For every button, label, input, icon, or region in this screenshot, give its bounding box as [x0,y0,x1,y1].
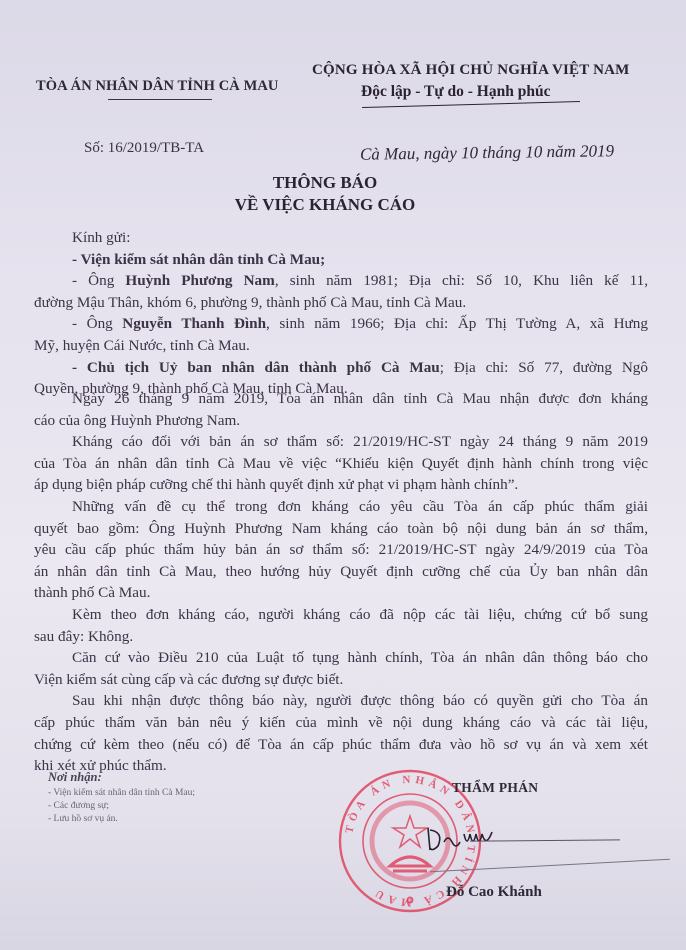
distribution-list: - Viện kiểm sát nhân dân tỉnh Cà Mau; - … [48,787,195,826]
issuing-organization: TÒA ÁN NHÂN DÂN TỈNH CÀ MAU [36,78,279,95]
paragraph-first-line: Kháng cáo đối với bản án sơ thẩm số: 21/… [34,431,648,453]
recipient-chairman: - Chủ tịch Uỷ ban nhân dân thành phố Cà … [34,357,648,379]
recipient-appellant-address: đường Mậu Thân, khóm 6, phường 9, thành … [34,292,648,314]
paragraph-line: quyết bao gồm: Ông Huỳnh Phương Nam khán… [34,518,648,540]
distribution-item: - Lưu hồ sơ vụ án. [48,813,195,826]
paragraph-line: thành phố Cà Mau. [34,582,648,604]
signature-line [470,839,620,841]
country-name: CỘNG HÒA XÃ HỘI CHỦ NGHĨA VIỆT NAM [312,62,630,79]
distribution-item: - Viện kiểm sát nhân dân tỉnh Cà Mau; [48,787,195,800]
document-title: THÔNG BÁO [0,173,650,193]
paragraph-line: Viện kiểm sát cùng cấp và các đương sự đ… [34,669,648,691]
recipient-related-party-address: Mỹ, huyện Cái Nước, tỉnh Cà Mau. [34,335,648,357]
signer-title: THẨM PHÁN [452,780,538,796]
place-date: Cà Mau, ngày 10 tháng 10 năm 2019 [360,141,614,165]
recipient-related-party: - Ông Nguyễn Thanh Đình, sinh năm 1966; … [34,313,648,335]
paragraph-line: cấp phúc thẩm văn bản nêu ý kiến của mìn… [34,712,648,734]
paragraph-line: cáo của ông Huỳnh Phương Nam. [34,410,648,432]
related-party-name: Nguyễn Thanh Đình [122,315,266,332]
paragraph-line: áp dụng biện pháp cưỡng chế thi hành quy… [34,474,648,496]
recipient-procuracy: - Viện kiểm sát nhân dân tỉnh Cà Mau; [34,249,648,271]
recipient-appellant: - Ông Huỳnh Phương Nam, sinh năm 1981; Đ… [34,270,648,292]
document-page: TÒA ÁN NHÂN DÂN TỈNH CÀ MAU CỘNG HÒA XÃ … [0,0,686,950]
paragraph-line: chứng cứ kèm theo (nếu có) để Tòa án cấp… [34,734,648,756]
paragraph-line: của Tòa án nhân dân tỉnh Cà Mau về việc … [34,453,648,475]
paragraph-first-line: Căn cứ vào Điều 210 của Luật tố tụng hàn… [34,647,648,669]
national-motto: Độc lập - Tự do - Hạnh phúc [361,83,550,101]
motto-underline [362,101,580,108]
paragraph-line: sau đây: Không. [34,626,648,648]
paragraph-first-line: Kèm theo đơn kháng cáo, người kháng cáo … [34,604,648,626]
organization-underline [108,99,212,100]
distribution-item: - Các đương sự; [48,800,195,813]
paragraph-line: án nhân dân tỉnh Cà Mau, theo hướng hủy … [34,561,648,583]
document-number: Số: 16/2019/TB-TA [84,140,204,157]
paragraph-first-line: Ngày 26 tháng 9 năm 2019, Tòa án nhân dâ… [34,388,648,410]
recipients-block: Kính gửi: - Viện kiểm sát nhân dân tỉnh … [34,227,648,400]
paragraph-line: yêu cầu cấp phúc thẩm hủy bản án sơ thẩm… [34,539,648,561]
document-subtitle: VỀ VIỆC KHÁNG CÁO [0,195,650,215]
appellant-name: Huỳnh Phương Nam [125,272,274,289]
signer-name: Đỗ Cao Khánh [446,884,542,901]
paragraph-first-line: Những vấn đề cụ thể trong đơn kháng cáo … [34,496,648,518]
distribution-label: Nơi nhận: [48,770,102,785]
body-paragraphs: Ngày 26 tháng 9 năm 2019, Tòa án nhân dâ… [34,388,648,777]
paragraph-first-line: Sau khi nhận được thông báo này, người đ… [34,690,648,712]
salutation: Kính gửi: [34,227,648,249]
